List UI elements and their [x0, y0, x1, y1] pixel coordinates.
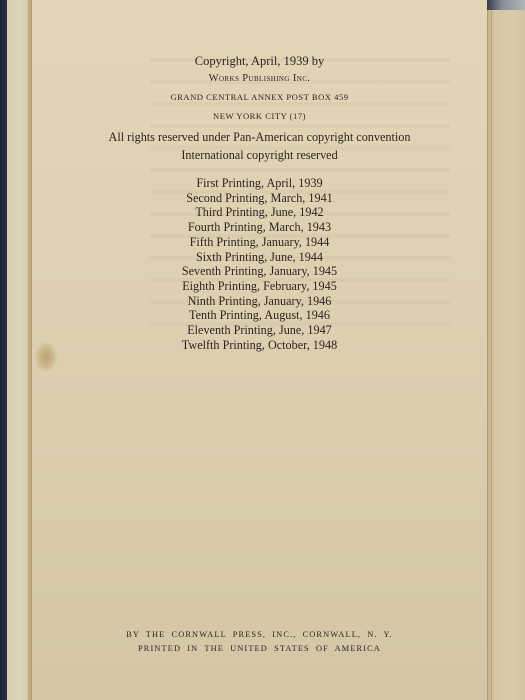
background-gap [487, 0, 525, 10]
printing-history: First Printing, April, 1939 Second Print… [32, 176, 487, 352]
book-binding [0, 0, 7, 700]
printing-entry: First Printing, April, 1939 [32, 176, 487, 191]
printing-entry: Ninth Printing, January, 1946 [32, 294, 487, 309]
publisher-city: New York City (17) [32, 107, 487, 126]
printing-entry: Tenth Printing, August, 1946 [32, 308, 487, 323]
printing-entry: Eleventh Printing, June, 1947 [32, 323, 487, 338]
printing-entry: Fifth Printing, January, 1944 [32, 235, 487, 250]
rights-notice: All rights reserved under Pan-American c… [32, 128, 487, 164]
publisher-name: Works Publishing Inc. [32, 70, 487, 88]
copyright-notice: Copyright, April, 1939 by Works Publishi… [32, 52, 487, 126]
printing-entry: Second Printing, March, 1941 [32, 191, 487, 206]
printing-entry: Sixth Printing, June, 1944 [32, 250, 487, 265]
printing-entry: Twelfth Printing, October, 1948 [32, 338, 487, 353]
next-page-edge [487, 10, 525, 700]
flyleaf-edge [7, 0, 28, 700]
printer-imprint: By the Cornwall Press, Inc., Cornwall, N… [32, 628, 487, 656]
copyright-line: Copyright, April, 1939 by [32, 52, 487, 70]
printer-line-2: Printed in the United States of America [32, 642, 487, 656]
printer-line-1: By the Cornwall Press, Inc., Cornwall, N… [32, 628, 487, 642]
printing-entry: Third Printing, June, 1942 [32, 205, 487, 220]
rights-line-2: International copyright reserved [32, 146, 487, 164]
printing-entry: Fourth Printing, March, 1943 [32, 220, 487, 235]
rights-line-1: All rights reserved under Pan-American c… [32, 128, 487, 146]
printing-entry: Eighth Printing, February, 1945 [32, 279, 487, 294]
publisher-address: Grand Central Annex Post Box 459 [32, 88, 487, 107]
printing-entry: Seventh Printing, January, 1945 [32, 264, 487, 279]
next-page-fold [491, 10, 492, 700]
